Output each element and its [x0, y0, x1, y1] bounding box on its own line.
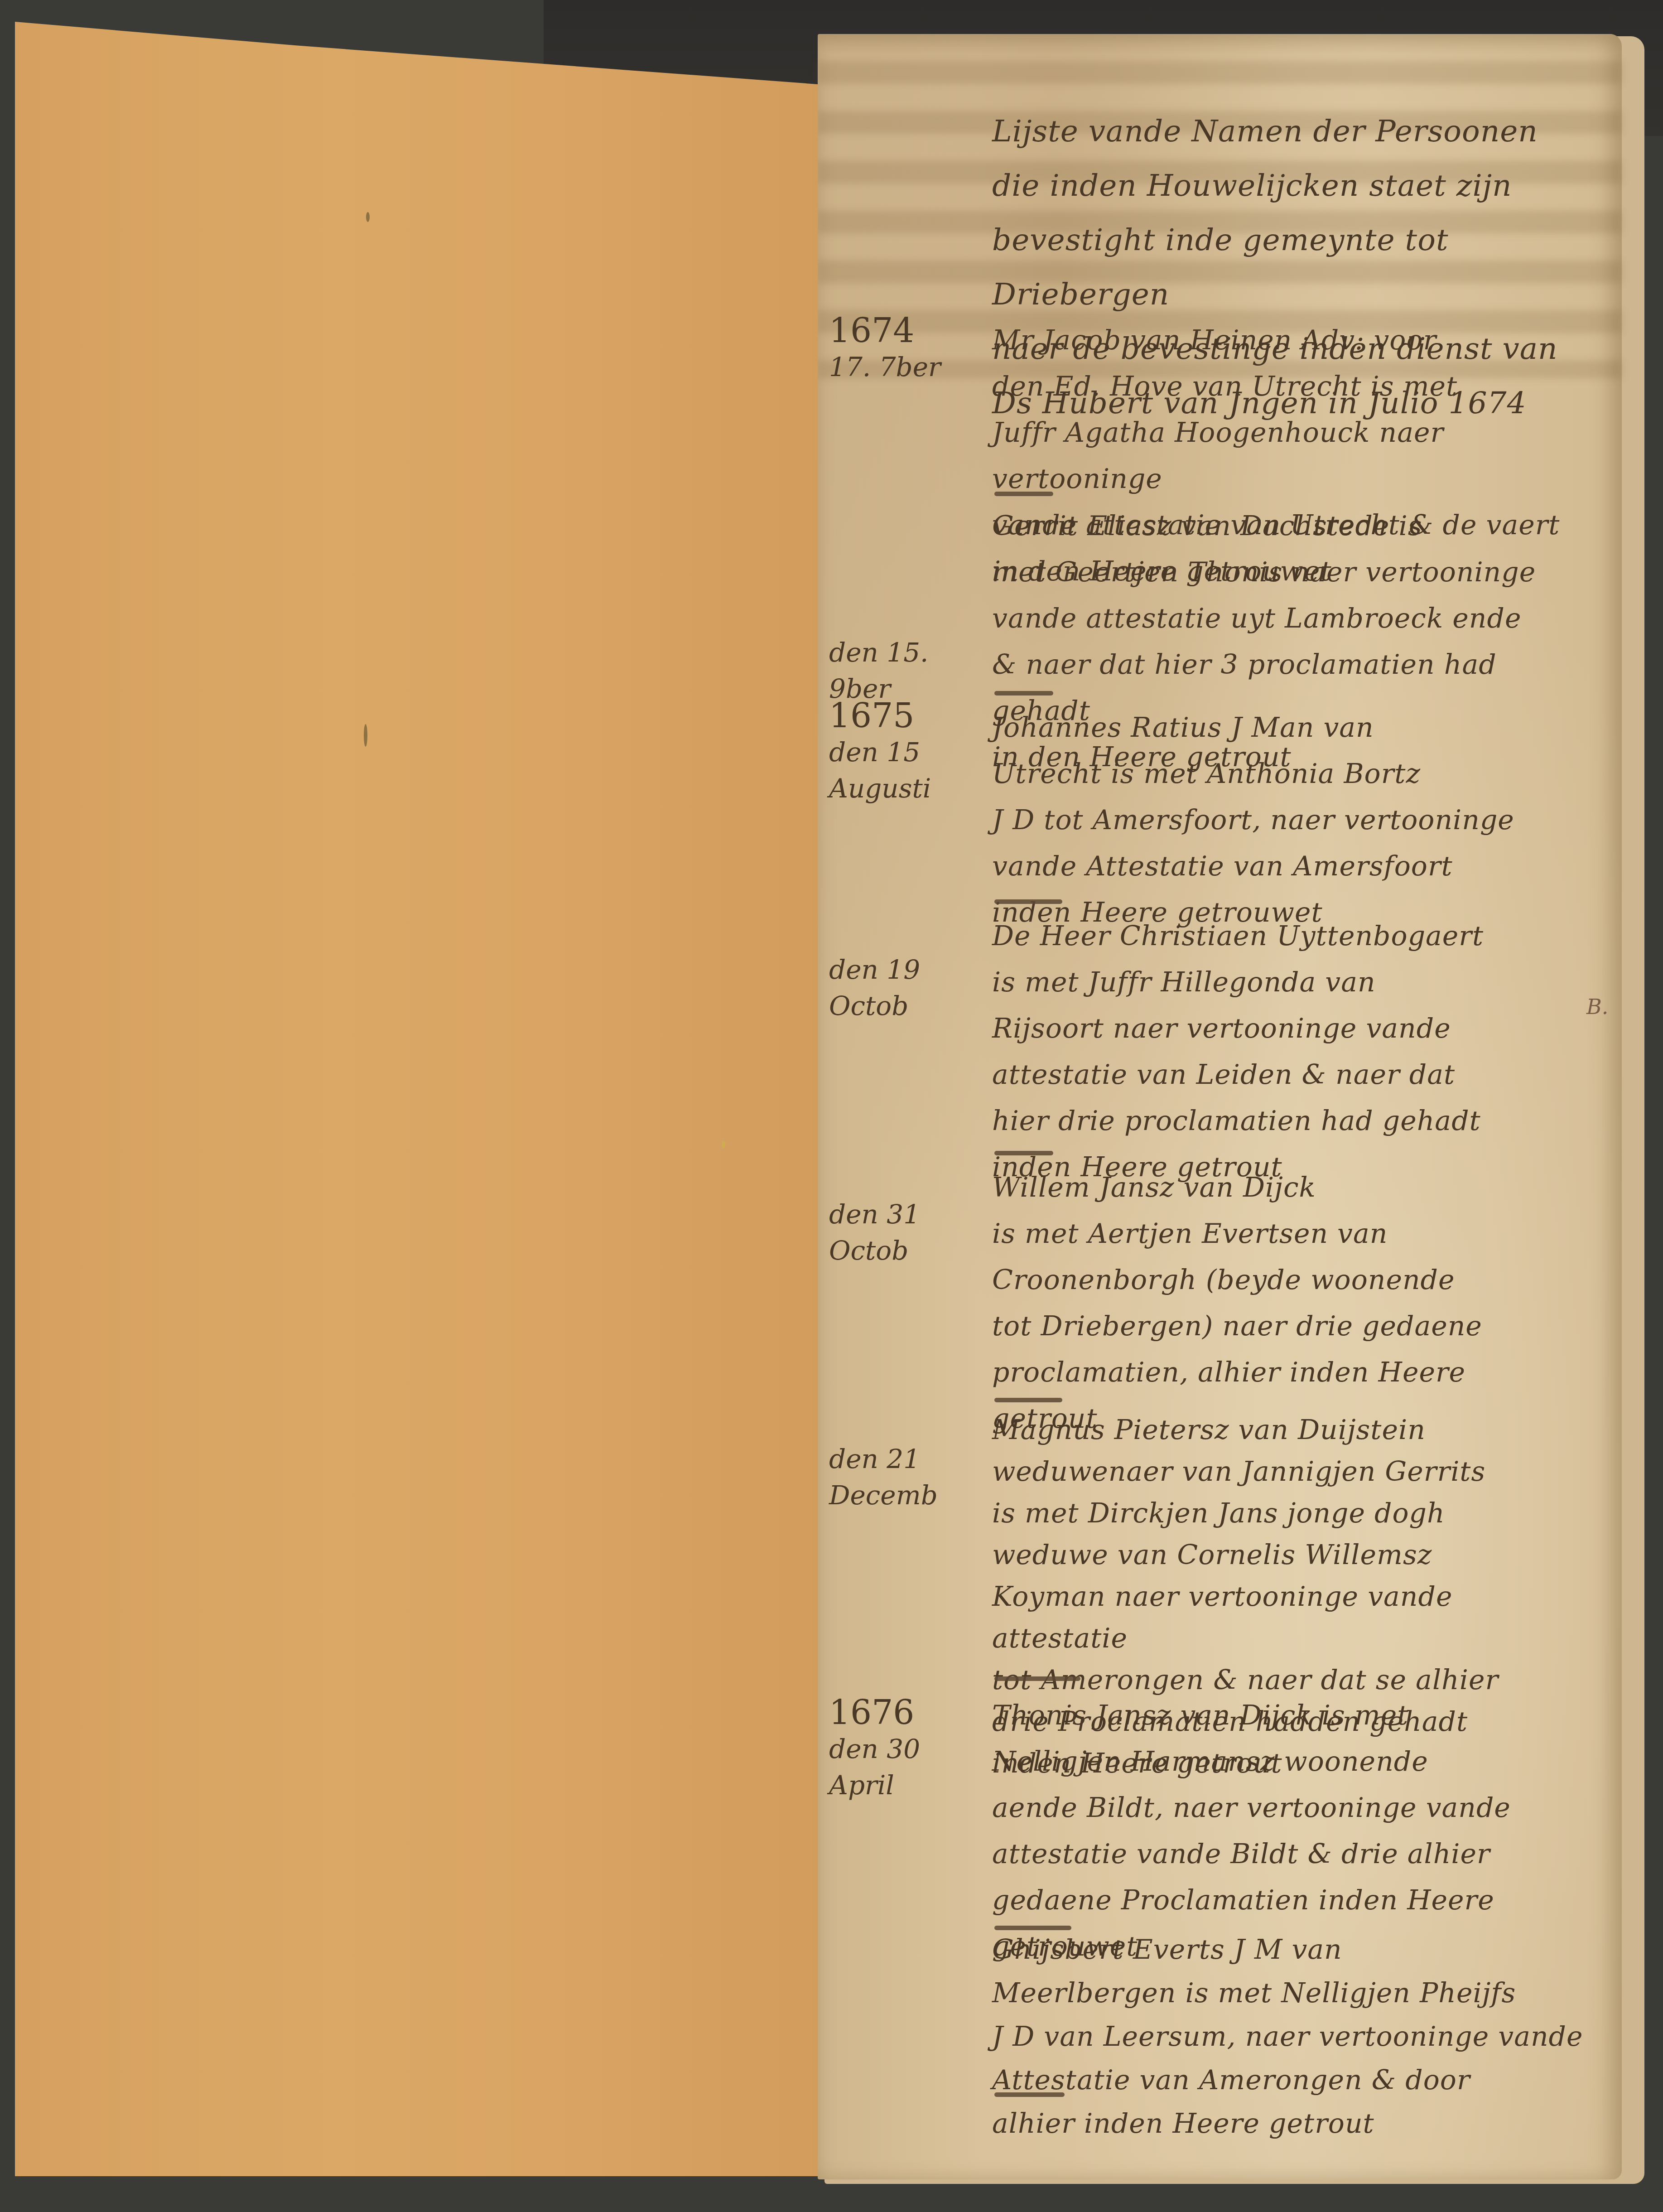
margin-date: den 15. 9ber — [829, 634, 988, 707]
entry-line: Rijsoort naer vertooninge vande — [992, 1005, 1595, 1052]
entry-line: vande attestatie uyt Lambroeck ende — [992, 595, 1595, 642]
entry-line: tot Driebergen) naer drie gedaene — [992, 1303, 1595, 1349]
margin-day: den 21 Decemb — [829, 1441, 988, 1513]
margin-date: 1675 den 15 Augusti — [829, 698, 988, 807]
margin-day: den 30 April — [829, 1731, 988, 1803]
entry-divider — [994, 691, 1053, 695]
entry-line: Utrecht is met Anthonia Bortz — [992, 751, 1595, 797]
margin-day: den 15. 9ber — [829, 634, 988, 707]
heading-line: die inden Houwelijcken staet zijn — [992, 159, 1604, 213]
cover-blemish — [366, 212, 370, 222]
entry-line: is met Juffr Hillegonda van — [992, 959, 1595, 1005]
entry-line: aende Bildt, naer vertooninge vande — [992, 1785, 1595, 1831]
entry-divider — [994, 1151, 1053, 1155]
entry-line: Willem Jansz van Dijck — [992, 1164, 1595, 1211]
margin-date: den 21 Decemb — [829, 1441, 988, 1513]
entry-line: hier drie proclamatien had gehadt — [992, 1098, 1595, 1144]
entry-line: weduwe van Cornelis Willemsz — [992, 1534, 1595, 1576]
entry-line: Magnus Pietersz van Duijstein — [992, 1409, 1595, 1451]
register-entry: Ghijsbert Everts J M van Meerlbergen is … — [992, 1928, 1595, 2145]
entry-divider — [994, 2092, 1065, 2097]
heading-line: Lijste vande Namen der Persoonen — [992, 104, 1604, 159]
entry-line: Mr Jacob van Heinen Adv: voor — [992, 317, 1595, 363]
entry-divider — [994, 492, 1053, 496]
entry-line: gedaene Proclamatien inden Heere — [992, 1877, 1595, 1923]
heading-line: bevestight inde gemeynte tot Driebergen — [992, 213, 1604, 322]
entry-line: den Ed. Hove van Utrecht is met — [992, 363, 1595, 410]
cover-blemish — [722, 1141, 725, 1148]
entry-divider — [994, 1676, 1080, 1681]
margin-date: 1674 17. 7ber — [829, 313, 988, 385]
margin-day: den 19 Octob — [829, 951, 988, 1024]
margin-day: 17. 7ber — [829, 349, 988, 385]
register-entry: De Heer Christiaen Uyttenbogaert is met … — [992, 913, 1595, 1190]
margin-year: 1676 — [829, 1695, 988, 1731]
margin-date: 1676 den 30 April — [829, 1695, 988, 1803]
register-entry: Willem Jansz van Dijck is met Aertjen Ev… — [992, 1164, 1595, 1442]
margin-year: 1675 — [829, 698, 988, 734]
entry-line: attestatie van Leiden & naer dat — [992, 1052, 1595, 1098]
entry-line: Attestatie van Amerongen & door — [992, 2058, 1595, 2102]
entry-line: Meerlbergen is met Nelligjen Pheijfs — [992, 1971, 1595, 2015]
entry-divider — [994, 1398, 1062, 1402]
margin-date: den 31 Octob — [829, 1196, 988, 1269]
entry-line: Gerrit Eliasz van Dachstede is — [992, 503, 1595, 549]
entry-line: J D tot Amersfoort, naer vertooninge — [992, 797, 1595, 843]
entry-line: is met Dirckjen Jans jonge dogh — [992, 1492, 1595, 1534]
entry-line: Koyman naer vertooninge vande attestatie — [992, 1576, 1595, 1659]
entry-line: De Heer Christiaen Uyttenbogaert — [992, 913, 1595, 959]
entry-line: vande Attestatie van Amersfoort — [992, 843, 1595, 889]
entry-line: Ghijsbert Everts J M van — [992, 1928, 1595, 1971]
register-entry: Johannes Ratius J Man van Utrecht is met… — [992, 705, 1595, 936]
entry-divider — [994, 899, 1062, 904]
cover-flap — [15, 22, 818, 2176]
entry-line: J D van Leersum, naer vertooninge vande — [992, 2015, 1595, 2058]
entry-line: proclamatien, alhier inden Heere — [992, 1349, 1595, 1396]
entry-line: attestatie vande Bildt & drie alhier — [992, 1831, 1595, 1877]
entry-line: is met Aertjen Evertsen van — [992, 1211, 1595, 1257]
entry-line: Nelligjen Harmansz woonende — [992, 1739, 1595, 1785]
cover-blemish — [364, 724, 367, 747]
margin-year: 1674 — [829, 313, 988, 349]
entry-line: weduwenaer van Jannigjen Gerrits — [992, 1451, 1595, 1492]
margin-date: den 19 Octob — [829, 951, 988, 1024]
entry-line: Juffr Agatha Hoogenhouck naer vertooning… — [992, 410, 1595, 502]
entry-line: Croonenborgh (beyde woonende — [992, 1257, 1595, 1303]
margin-day: den 31 Octob — [829, 1196, 988, 1269]
entry-line: Johannes Ratius J Man van — [992, 705, 1595, 751]
entry-line: Thonis Jansz van Dijck is met — [992, 1692, 1595, 1739]
entry-line: alhier inden Heere getrout — [992, 2102, 1595, 2145]
entry-line: met Geertjen Thonis naer vertooninge — [992, 549, 1595, 595]
margin-day: den 15 Augusti — [829, 734, 988, 807]
